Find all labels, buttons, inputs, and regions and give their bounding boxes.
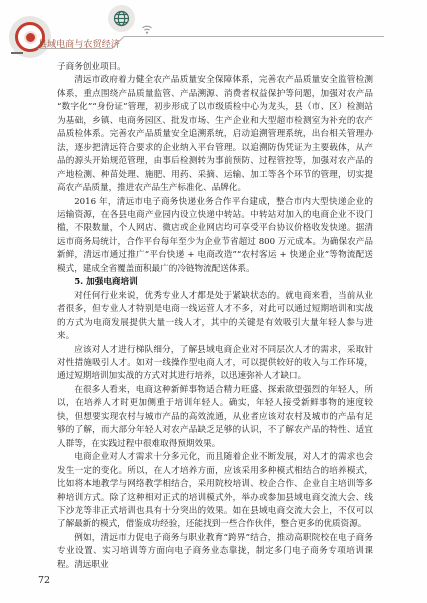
paragraph: 电商企业对人才需求十分多元化，而且随着企业不断发展，对人才的需求也会发生一定的变… <box>57 451 373 532</box>
header-rule <box>38 33 388 53</box>
paragraph: 对任何行业来说，优秀专业人才都是处于紧缺状态的。就电商来看，当前从业者很多，但专… <box>57 290 373 344</box>
globe-icon <box>108 5 135 32</box>
book-page: 县域电商与农贸经济 子商务创业项目。清远市政府着力健全农产品质量安全保障体系，完… <box>0 0 427 603</box>
paragraph: 子商务创业项目。 <box>57 61 373 74</box>
section-heading: 5. 加强电商培训 <box>57 276 373 289</box>
logo-dash <box>11 52 23 54</box>
paragraph: 在很多人看来，电商这种新鲜事物适合精力旺盛、探索欲望强烈的年轻人，所以，在培养人… <box>57 384 373 451</box>
page-body: 子商务创业项目。清远市政府着力健全农产品质量安全保障体系，完善农产品质量安全监管… <box>57 61 373 572</box>
page-number: 72 <box>38 575 50 586</box>
paragraph: 2016 年，清远市电子商务快递业务合作平台建成，整合市内大型快递企业的运输资源… <box>57 196 373 277</box>
paragraph: 例如，清远市力促电子商务与职业教育“跨界”结合，推动高职院校在电子商务专业设置、… <box>57 532 373 572</box>
bullseye-center <box>24 31 37 44</box>
paragraph: 清远市政府着力健全农产品质量安全保障体系，完善农产品质量安全监管检测体系，重点围… <box>57 74 373 195</box>
paragraph: 应该对人才进行梯队细分，了解县域电商企业对不同层次人才的需求，采取针对性措施吸引… <box>57 344 373 384</box>
